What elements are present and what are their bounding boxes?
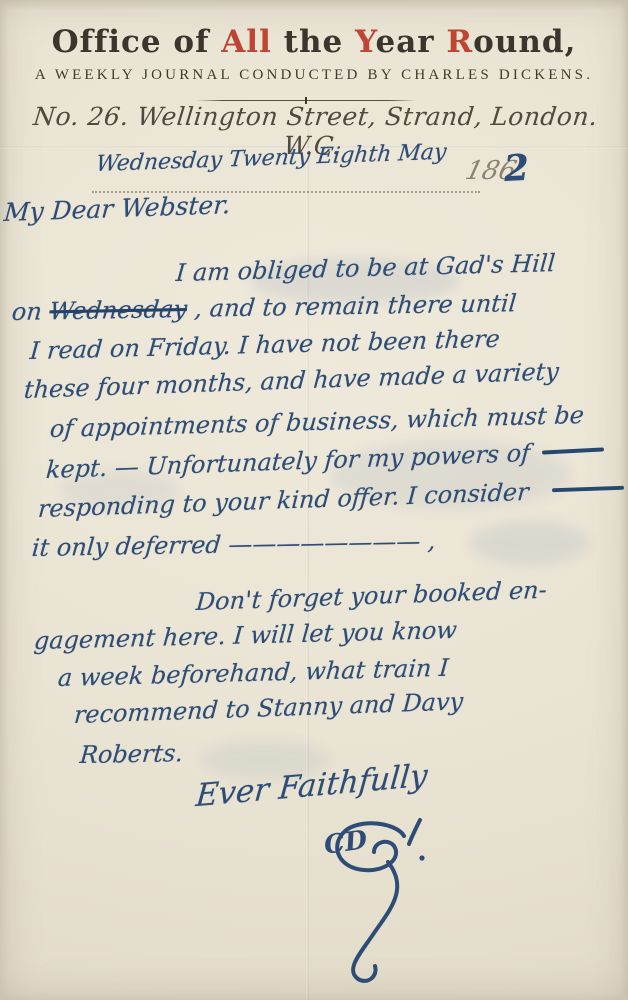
letterhead-title-segment-red: Y (355, 24, 375, 60)
signature-ink-dot (419, 855, 424, 860)
letterhead-title-segment: Office of (52, 24, 222, 60)
body-line: recommend to Stanny and Davy (73, 687, 464, 729)
signature-initials: CD (322, 825, 369, 861)
body-line-segment: , and to remain there until (186, 289, 518, 323)
body-line: these four months, and have made a varie… (23, 357, 560, 404)
body-line: I read on Friday. I have not been there (29, 325, 501, 365)
letterhead-title-segment: the (272, 24, 355, 60)
letterhead-title-segment-red: All (221, 24, 272, 60)
body-line: gagement here. I will let you know (33, 616, 458, 655)
ink-showthrough-smudge (470, 520, 590, 566)
letterhead-title-segment: ear (375, 24, 446, 60)
body-line: Roberts. (79, 739, 185, 769)
pen-underline-stroke (542, 447, 604, 454)
body-line: of appointments of business, which must … (49, 401, 585, 443)
letterhead-title-segment: ound, (473, 24, 576, 60)
body-line: a week beforehand, what train I (57, 654, 450, 692)
body-line-segment: on (11, 297, 51, 326)
letter-page: Office of All the Year Round, A WEEKLY J… (0, 0, 628, 1000)
letterhead-title: Office of All the Year Round, (0, 24, 628, 60)
signature-flourish (288, 816, 458, 991)
body-line: on Wednesday , and to remain there until (11, 289, 518, 326)
signature-tail-flourish (353, 862, 397, 981)
handwritten-year-digit: 2 (503, 147, 530, 190)
struck-out-word: Wednesday (48, 295, 188, 325)
signature-accent-stroke (409, 820, 420, 844)
letterhead-subtitle: A WEEKLY JOURNAL CONDUCTED BY CHARLES DI… (0, 67, 628, 84)
body-line: Don't forget your booked en- (195, 576, 548, 616)
letterhead-title-segment-red: R (446, 24, 473, 60)
cd-monogram-signature: CD (288, 816, 458, 991)
salutation: My Dear Webster. (3, 190, 231, 227)
body-line: it only deferred ———————— , (31, 527, 437, 562)
body-line: I am obliged to be at Gad's Hill (175, 249, 556, 287)
